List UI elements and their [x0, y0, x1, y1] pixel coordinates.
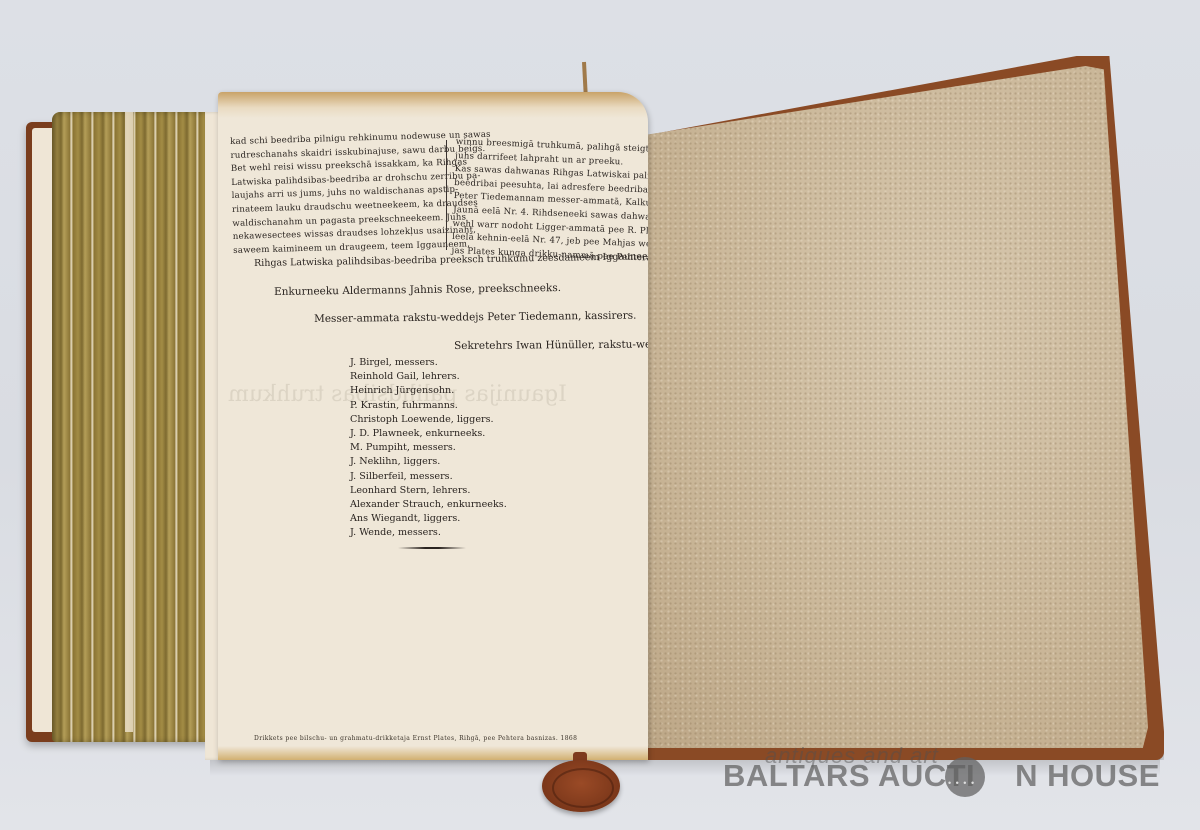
watermark-brand: BALTARS AUCTIN HOUSE — [723, 758, 1160, 794]
member-list: J. Birgel, messers. Reinhold Gail, lehre… — [350, 356, 507, 541]
watermark-brand-right: N HOUSE — [1015, 758, 1160, 793]
watermark-logo-circle-icon — [945, 757, 985, 797]
text-column-left: kad schi beedriba pilnigu rehkinumu node… — [230, 130, 453, 258]
officer-treasurer: Messer-ammata rakstu-weddejs Peter Tiede… — [314, 310, 637, 325]
member-entry: Alexander Strauch, enkurneeks. — [350, 498, 507, 512]
printed-page: Igaunijas palihdsibas truhkum kad schi b… — [218, 92, 648, 760]
member-entry: Ans Wiegandt, liggers. — [350, 512, 507, 526]
member-entry: P. Krastin, fuhrmanns. — [350, 399, 507, 413]
officer-chairman: Enkurneeku Aldermanns Jahnis Rose, preek… — [274, 282, 561, 298]
watermark-brand-left: BALTARS AUCTI — [723, 758, 975, 793]
endpaper-texture — [628, 66, 1148, 748]
page-edge-gap — [125, 112, 133, 732]
member-entry: Heinrich Jürgensohn. — [350, 384, 507, 398]
column-divider — [446, 140, 447, 250]
member-entry: Reinhold Gail, lehrers. — [350, 370, 507, 384]
foxing-stain-top — [218, 92, 648, 118]
member-entry: Leonhard Stern, lehrers. — [350, 484, 507, 498]
text-column-right: winnu breesmigā truhkumā, palihgā steigt… — [451, 136, 646, 266]
clasp-emboss — [552, 768, 614, 808]
member-entry: Christoph Loewende, liggers. — [350, 413, 507, 427]
watermark-dots: • • • • — [948, 778, 975, 788]
officer-secretary: Sekretehrs Iwan Hünüller, rakstu-weddejs… — [454, 338, 648, 352]
member-entry: J. Birgel, messers. — [350, 356, 507, 370]
gilt-page-edges — [52, 112, 222, 742]
member-entry: J. D. Plawneek, enkurneeks. — [350, 427, 507, 441]
member-entry: M. Pumpiht, messers. — [350, 441, 507, 455]
printer-imprint: Drikkets pee bilschu- un grahmatu-drikke… — [254, 735, 577, 742]
member-entry: J. Wende, messers. — [350, 526, 507, 540]
ornament-rule — [398, 547, 466, 549]
member-entry: J. Neklihn, liggers. — [350, 455, 507, 469]
member-entry: J. Silberfeil, messers. — [350, 470, 507, 484]
